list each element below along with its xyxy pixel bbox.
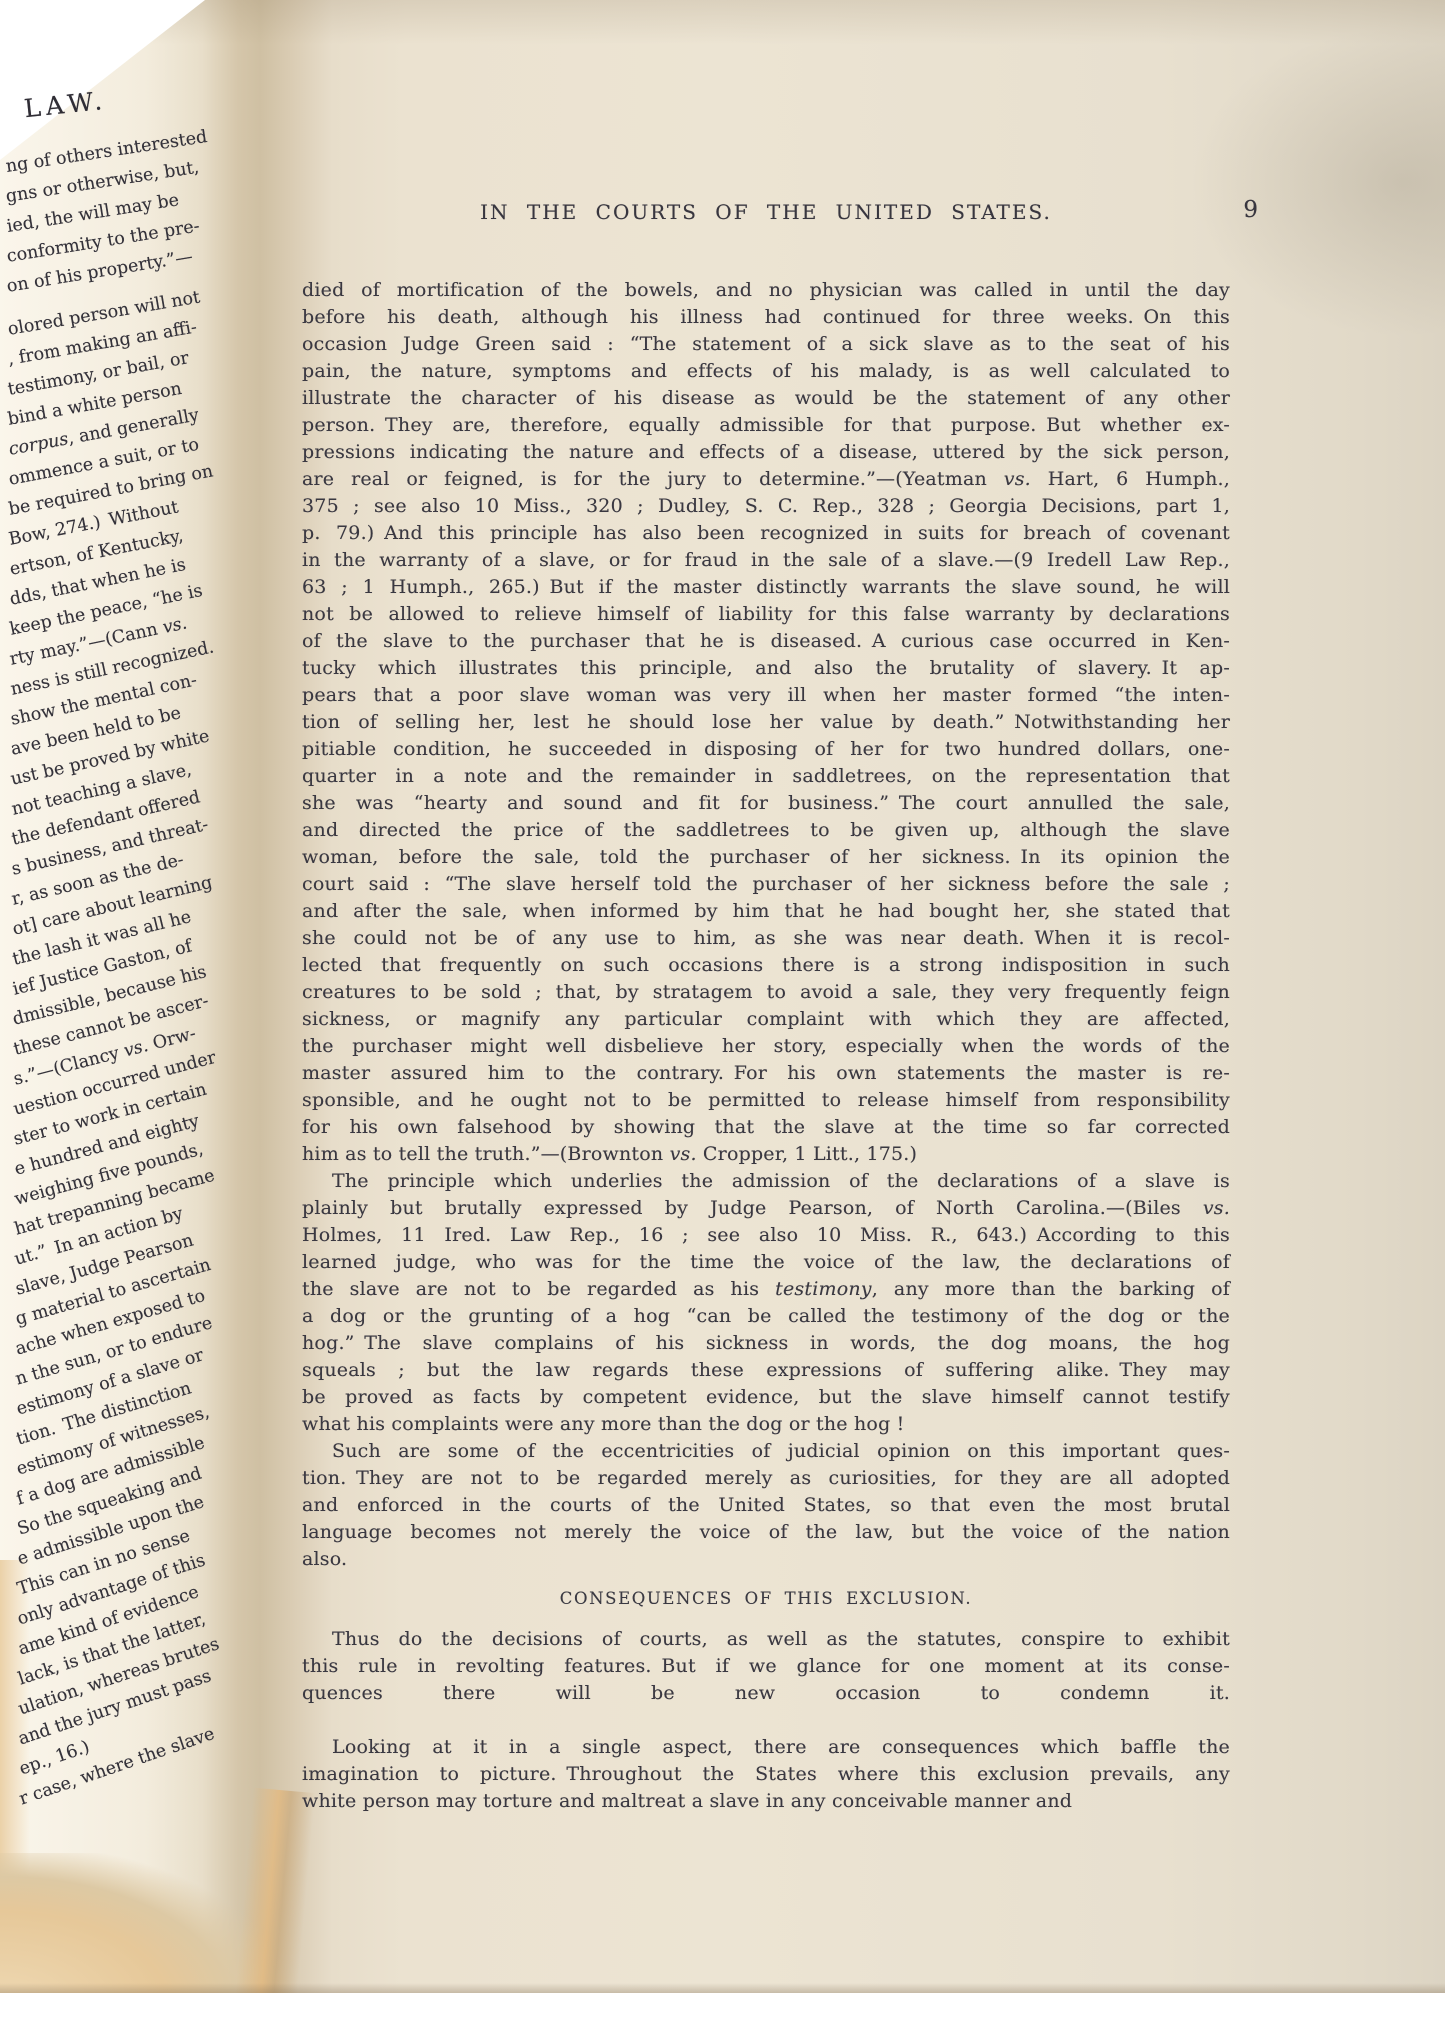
text-line: p. 79.) And this principle has also been…	[302, 520, 1230, 547]
text-line: Holmes, 11 Ired. Law Rep., 16 ; see also…	[302, 1222, 1230, 1249]
text-line: quences there will be new occasion to co…	[302, 1680, 1230, 1707]
text-line: pain, the nature, symptoms and effects o…	[302, 358, 1230, 385]
text-line: The principle which underlies the admiss…	[302, 1168, 1230, 1195]
paragraph: Such are some of the eccentricities of j…	[302, 1438, 1230, 1573]
section-heading: CONSEQUENCES OF THIS EXCLUSION.	[302, 1589, 1230, 1608]
text-line: occasion Judge Green said : “The stateme…	[302, 331, 1230, 358]
text-line: 375 ; see also 10 Miss., 320 ; Dudley, S…	[302, 493, 1230, 520]
text-line: this rule in revolting features. But if …	[302, 1653, 1230, 1680]
text-line: tion. They are not to be regarded merely…	[302, 1465, 1230, 1492]
text-line: she could not be of any use to him, as s…	[302, 925, 1230, 952]
text-line: and directed the price of the saddletree…	[302, 817, 1230, 844]
text-line: person. They are, therefore, equally adm…	[302, 412, 1230, 439]
paragraph: Looking at it in a single aspect, there …	[302, 1734, 1230, 1815]
text-line: learned judge, who was for the time the …	[302, 1249, 1230, 1276]
text-line: sponsible, and he ought not to be permit…	[302, 1087, 1230, 1114]
text-line: for his own falsehood by showing that th…	[302, 1114, 1230, 1141]
text-line: quarter in a note and the remainder in s…	[302, 763, 1230, 790]
text-line: she was “hearty and sound and fit for bu…	[302, 790, 1230, 817]
text-line: tucky which illustrates this principle, …	[302, 655, 1230, 682]
text-line: and enforced in the courts of the United…	[302, 1492, 1230, 1519]
text-line: Such are some of the eccentricities of j…	[302, 1438, 1230, 1465]
text-line: imagination to picture. Throughout the S…	[302, 1761, 1230, 1788]
left-page-lines: ng of others interestedgns or otherwise,…	[6, 152, 256, 1815]
photo-bottom-strip	[0, 1993, 1445, 2023]
text-line: him as to tell the truth.”—(Brownton vs.…	[302, 1141, 1230, 1168]
text-line: language becomes not merely the voice of…	[302, 1519, 1230, 1546]
text-line: pears that a poor slave woman was very i…	[302, 682, 1230, 709]
text-line: before his death, although his illness h…	[302, 304, 1230, 331]
text-line: are real or feigned, is for the jury to …	[302, 466, 1230, 493]
text-line: plainly but brutally expressed by Judge …	[302, 1195, 1230, 1222]
text-line: court said : “The slave herself told the…	[302, 871, 1230, 898]
text-line: squeals ; but the law regards these expr…	[302, 1357, 1230, 1384]
text-line: woman, before the sale, told the purchas…	[302, 844, 1230, 871]
text-line: what his complaints were any more than t…	[302, 1411, 1230, 1438]
text-line: hog.” The slave complains of his sicknes…	[302, 1330, 1230, 1357]
text-line: white person may torture and maltreat a …	[302, 1788, 1230, 1815]
text-line: 63 ; 1 Humph., 265.) But if the master d…	[302, 574, 1230, 601]
text-line: Thus do the decisions of courts, as well…	[302, 1626, 1230, 1653]
text-line: also.	[302, 1546, 1230, 1573]
text-line: and after the sale, when informed by him…	[302, 898, 1230, 925]
text-line: pitiable condition, he succeeded in disp…	[302, 736, 1230, 763]
text-line: creatures to be sold ; that, by stratage…	[302, 979, 1230, 1006]
paragraph: died of mortification of the bowels, and…	[302, 277, 1230, 1168]
text-line: Looking at it in a single aspect, there …	[302, 1734, 1230, 1761]
paragraph: Thus do the decisions of courts, as well…	[302, 1626, 1230, 1734]
main-text: died of mortification of the bowels, and…	[302, 277, 1230, 1815]
running-header-text: IN THE COURTS OF THE UNITED STATES.	[480, 200, 1052, 224]
text-line: of the slave to the purchaser that he is…	[302, 628, 1230, 655]
text-line: master assured him to the contrary. For …	[302, 1060, 1230, 1087]
paragraph: The principle which underlies the admiss…	[302, 1168, 1230, 1438]
text-line: sickness, or magnify any particular comp…	[302, 1006, 1230, 1033]
text-line: illustrate the character of his disease …	[302, 385, 1230, 412]
page-number: 9	[1243, 197, 1258, 223]
book-photo: LAW. ng of others interestedgns or other…	[0, 0, 1445, 2023]
text-line: tion of selling her, lest he should lose…	[302, 709, 1230, 736]
text-line: the slave are not to be regarded as his …	[302, 1276, 1230, 1303]
text-line: the purchaser might well disbelieve her …	[302, 1033, 1230, 1060]
text-line: a dog or the grunting of a hog “can be c…	[302, 1303, 1230, 1330]
running-header: IN THE COURTS OF THE UNITED STATES. 9	[302, 200, 1230, 224]
text-line: in the warranty of a slave, or for fraud…	[302, 547, 1230, 574]
text-line: not be allowed to relieve himself of lia…	[302, 601, 1230, 628]
text-line: be proved as facts by competent evidence…	[302, 1384, 1230, 1411]
text-line: pressions indicating the nature and effe…	[302, 439, 1230, 466]
text-line: lected that frequently on such occasions…	[302, 952, 1230, 979]
text-line: died of mortification of the bowels, and…	[302, 277, 1230, 304]
